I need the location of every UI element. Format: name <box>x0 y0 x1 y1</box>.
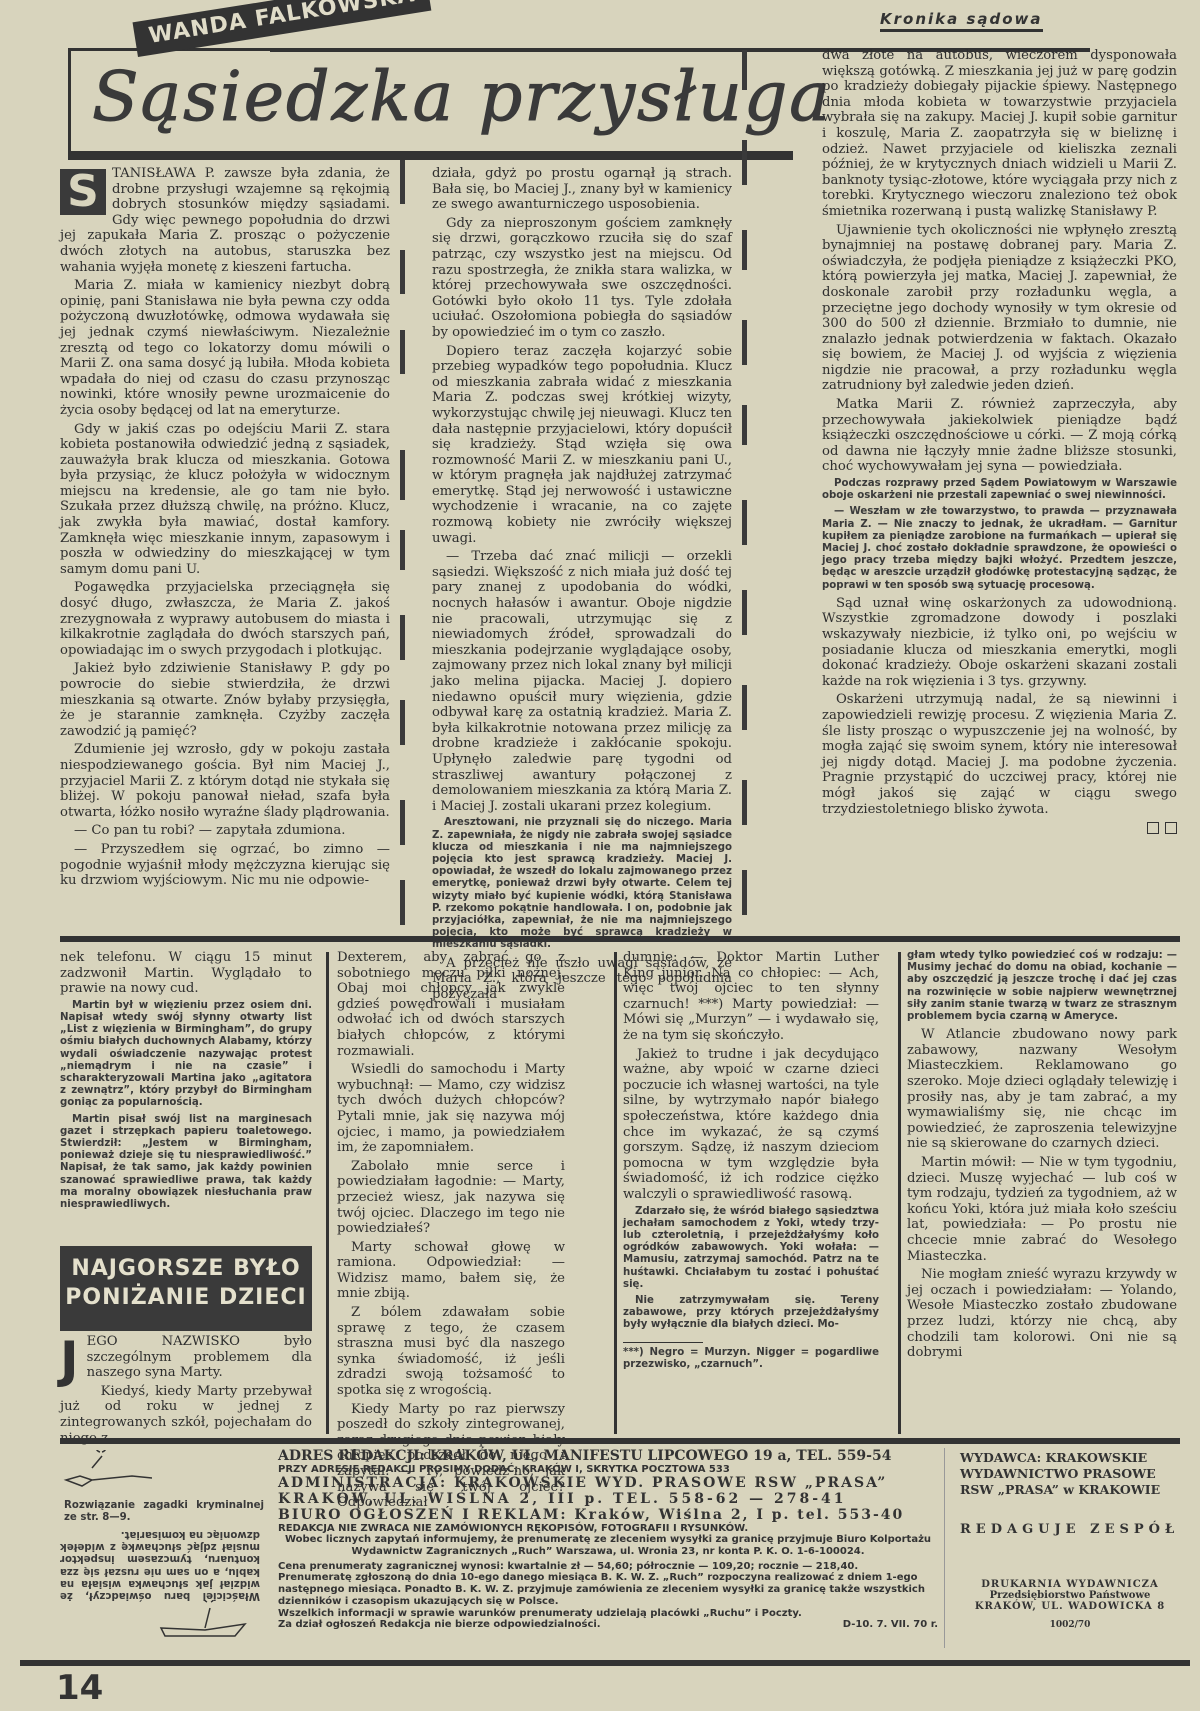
article2-column-1-bottom: JEGO NAZWISKO było szczególnym problemem… <box>60 1334 312 1449</box>
imprint: ADRES REDAKCJI: KRAKÓW, UL. MANIFESTU LI… <box>278 1448 938 1630</box>
puzzle-caption: Rozwiązanie zagadki kryminalnej ze str. … <box>64 1500 264 1524</box>
footnote-rule <box>623 1342 703 1343</box>
margin-bar <box>742 140 747 185</box>
article2-martin-note: Martin był w więzieniu przez osiem dni. … <box>60 1000 312 1211</box>
end-mark <box>822 820 1177 836</box>
margin-bar <box>742 230 747 270</box>
section-label: Kronika sądowa <box>880 10 1043 32</box>
article1-column-2: działa, gdyż po prostu ogarnął ją strach… <box>432 166 732 1005</box>
margin-bar <box>400 530 405 570</box>
section-divider <box>60 1438 1180 1444</box>
margin-bar <box>742 870 747 915</box>
margin-bar <box>400 880 405 925</box>
article1-court-note: Podczas rozprawy przed Sądem Powiatowym … <box>822 478 1177 592</box>
margin-bar <box>400 450 405 500</box>
end-square-icon <box>1147 822 1159 834</box>
article1-column-3: dwa złote na autobus, wieczorem dysponow… <box>822 48 1177 836</box>
subheadline: NAJGORSZE BYŁO PONIŻANIE DZIECI <box>60 1246 312 1331</box>
article2-column-4: głam wtedy tylko powiedzieć coś w rodzaj… <box>907 950 1177 1364</box>
article2-column-2: Dexterem, aby zabrać go z sobotniego mec… <box>337 950 565 1514</box>
column-rule <box>614 952 617 1434</box>
column-rule <box>944 1448 945 1648</box>
article2-column-3: dumnie: — Doktor Martin Luther King juni… <box>623 950 879 1375</box>
section-divider <box>60 936 1180 942</box>
page-bottom-rule <box>20 1660 1190 1666</box>
article1-column-1: STANISŁAWA P. zawsze była zdania, że dro… <box>60 166 390 892</box>
margin-bar <box>742 405 747 445</box>
margin-bar <box>400 250 405 294</box>
margin-bar <box>742 500 747 545</box>
margin-bar <box>400 800 405 845</box>
article1-small-note: Aresztowani, nie przyznali się do niczeg… <box>432 817 732 951</box>
margin-bar <box>742 320 747 365</box>
article2-amusement-note: głam wtedy tylko powiedzieć coś w rodzaj… <box>907 950 1177 1023</box>
figure-drawing-icon <box>62 1450 152 1490</box>
margin-bar <box>742 50 747 90</box>
footnote: ***) Negro = Murzyn. Nigger = pogardliwe… <box>623 1347 879 1371</box>
margin-bar <box>400 615 405 660</box>
margin-bar <box>742 590 747 635</box>
column-rule <box>326 952 329 1434</box>
article2-yoki-note: Zdarzało się, że wśród białego sąsiedztw… <box>623 1206 879 1332</box>
article2-column-1: nek telefonu. W ciągu 15 minut zadzwonił… <box>60 950 312 1215</box>
dropcap-s: S <box>60 169 106 215</box>
publisher-box: WYDAWCA: KRAKOWSKIE WYDAWNICTWO PRASOWE … <box>960 1450 1180 1630</box>
figure-drawing-icon <box>155 1600 255 1640</box>
margin-bar <box>400 330 405 374</box>
margin-bar <box>742 685 747 730</box>
column-rule <box>898 952 901 1434</box>
end-square-icon <box>1165 822 1177 834</box>
puzzle-answer-upside-down: Właściciel baru oświadczył, że widział j… <box>60 1528 260 1601</box>
page-number: 14 <box>56 1668 103 1708</box>
dropcap-j: J <box>60 1336 79 1384</box>
margin-bar <box>742 780 747 825</box>
margin-bar <box>400 160 405 204</box>
article-title: Sąsiedzka przysługa <box>92 58 832 137</box>
margin-bar <box>400 700 405 745</box>
